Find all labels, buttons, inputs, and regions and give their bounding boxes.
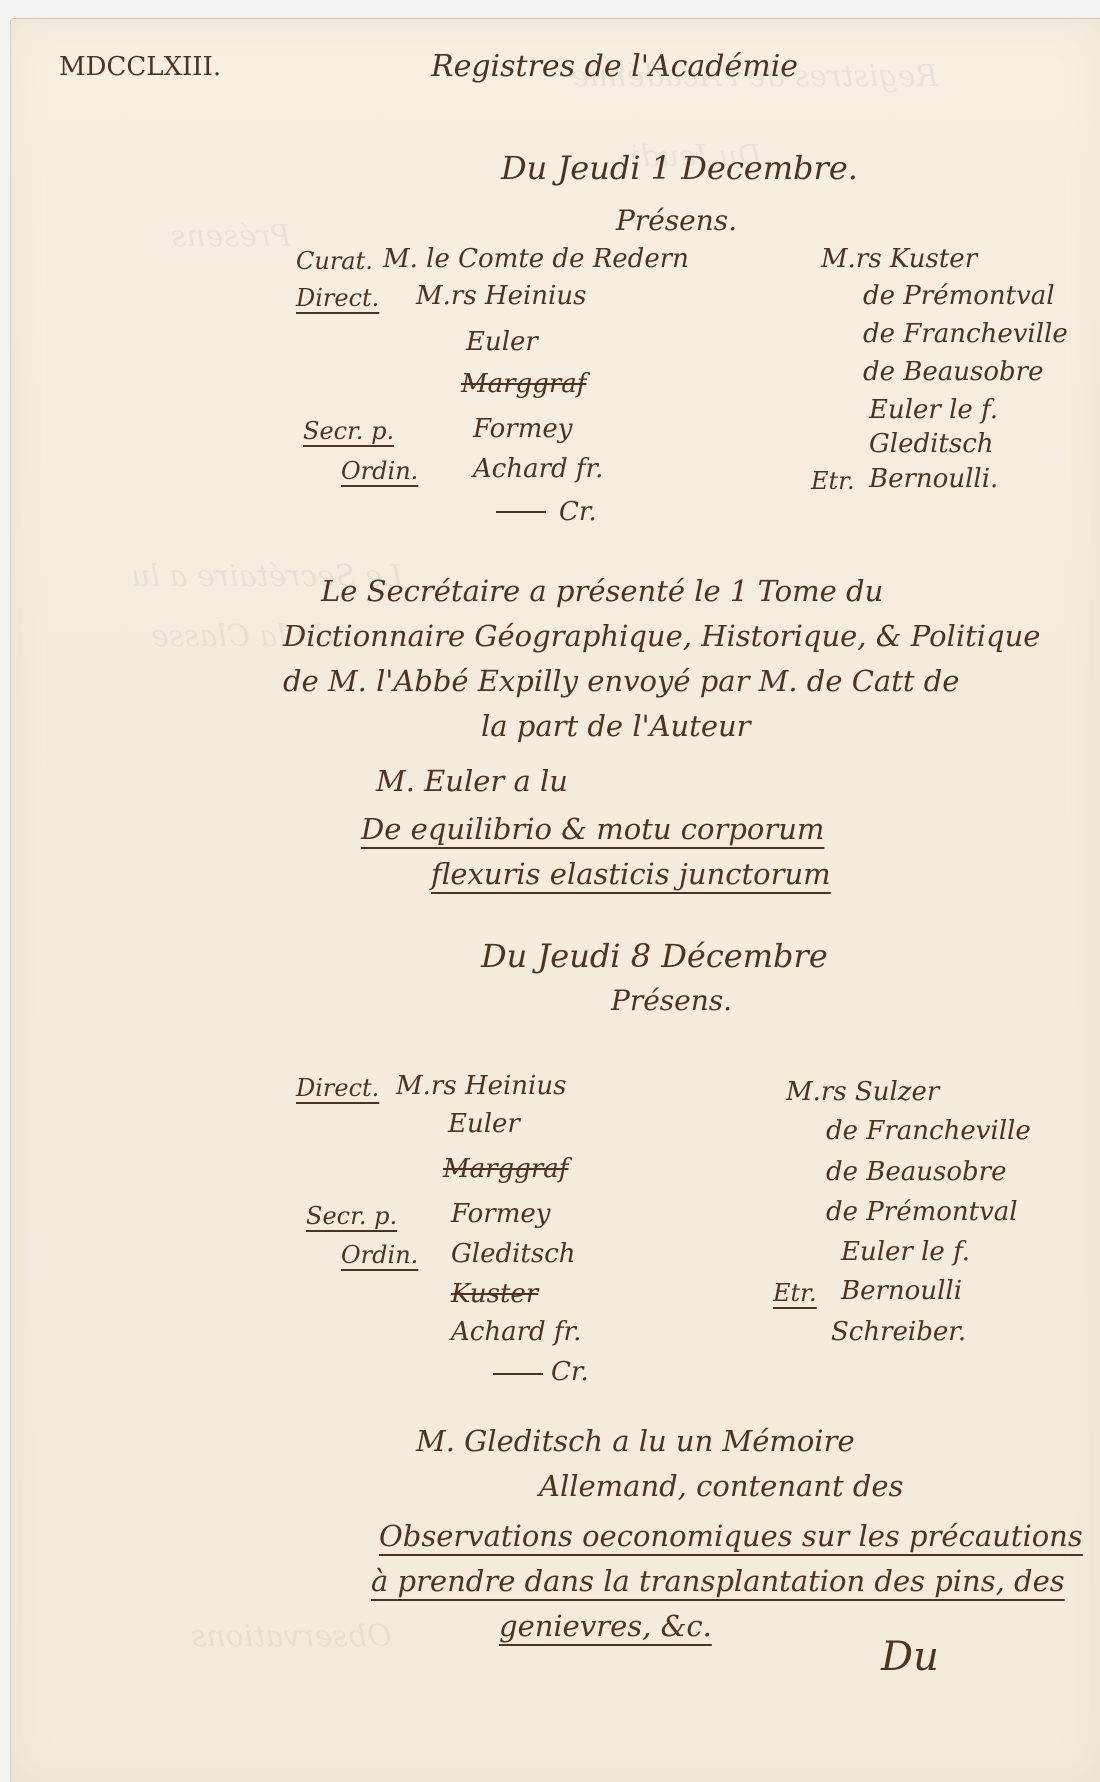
role-label-secretary: Secr. p. [303,417,394,445]
attendee-name: M.rs Kuster [821,244,977,274]
manuscript-page: Registres de l'Académie Du Jeudi Présens… [10,18,1100,1782]
attendee-name: Marggraf [443,1154,568,1184]
proceedings-line: de M. l'Abbé Expilly envoyé par M. de Ca… [283,664,959,698]
catchword: Du [881,1634,939,1680]
attendee-name: Gleditsch [451,1239,576,1269]
attendee-name: de Beausobre [863,357,1044,387]
present-label: Présens. [611,984,732,1017]
proceedings-line: la part de l'Auteur [481,709,751,743]
memoir-title: De equilibrio & motu corporum [361,812,824,846]
role-label-ordinary: Ordin. [341,1241,418,1269]
attendee-name: M.rs Sulzer [786,1077,939,1107]
memoir-title: Observations oeconomiques sur les précau… [379,1519,1083,1553]
attendee-name: Euler le f. [869,395,998,425]
year-marker: MDCCLXIII. [59,52,221,82]
memoir-title: flexuris elasticis junctorum [431,857,831,891]
register-header: Registres de l'Académie [431,49,798,84]
proceedings-line: Allemand, contenant des [539,1469,903,1503]
attendee-name: Cr. [551,1357,589,1387]
attendee-name: Gleditsch [869,429,994,459]
attendee-name: M. le Comte de Redern [383,244,689,274]
attendee-name: de Prémontval [863,281,1055,311]
attendee-name: Cr. [559,497,597,527]
present-label: Présens. [616,204,737,237]
attendee-name: Bernoulli. [869,464,998,494]
role-label-secretary: Secr. p. [306,1202,397,1230]
attendee-name: de Francheville [826,1116,1031,1146]
memoir-title: à prendre dans la transplantation des pi… [371,1564,1065,1598]
attendee-name: de Beausobre [826,1157,1007,1187]
meeting-date: Du Jeudi 8 Décembre [481,937,828,975]
attendee-name: Schreiber. [831,1317,966,1347]
meeting-date: Du Jeudi 1 Decembre. [501,149,858,187]
memoir-title: genievres, &c. [499,1609,712,1643]
proceedings-line: Le Secrétaire a présenté le 1 Tome du [321,574,883,608]
attendee-name: de Prémontval [826,1197,1018,1227]
bleed-through-text: Observations [191,1619,392,1654]
role-label-curator: Curat. [296,247,373,275]
separator-dash [496,511,546,513]
role-label-extraordinary: Etr. [811,467,855,495]
proceedings-line: M. Gleditsch a lu un Mémoire [416,1424,855,1458]
attendee-name: M.rs Heinius [396,1071,566,1101]
attendee-name: Kuster [451,1279,538,1309]
role-label-ordinary: Ordin. [341,457,418,485]
role-label-director: Direct. [296,1074,379,1102]
attendee-name: Euler le f. [841,1237,970,1267]
role-label-director: Direct. [296,284,379,312]
attendee-name: de Francheville [863,319,1068,349]
separator-dash [493,1373,543,1375]
attendee-name: Euler [448,1109,520,1139]
role-label-extraordinary: Etr. [773,1279,817,1307]
attendee-name: Euler [466,327,538,357]
attendee-name: Bernoulli [841,1276,962,1306]
attendee-name: Formey [451,1199,550,1229]
attendee-name: Formey [473,414,572,444]
proceedings-line: M. Euler a lu [376,764,568,798]
attendee-name: Achard fr. [451,1317,581,1347]
attendee-name: Achard fr. [473,454,603,484]
attendee-name: M.rs Heinius [416,281,586,311]
attendee-name: Marggraf [461,369,586,399]
proceedings-line: Dictionnaire Géographique, Historique, &… [283,619,1040,653]
bleed-through-text: Présens [171,219,291,254]
